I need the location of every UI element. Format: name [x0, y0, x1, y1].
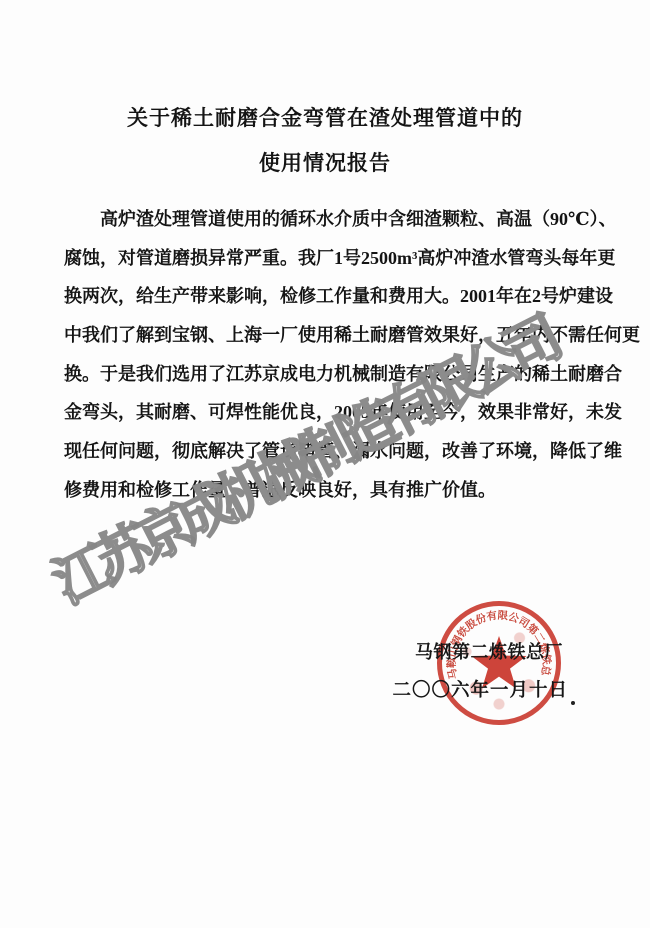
body-line: 修费用和检修工作量，普遍反映良好，具有推广价值。 [64, 471, 588, 510]
stray-ink-dot [571, 701, 575, 705]
title-line-2: 使用情况报告 [0, 141, 650, 186]
body-line: 换。于是我们选用了江苏京成电力机械制造有限公司生产的稀土耐磨合 [64, 355, 588, 394]
body-line: 现任何问题，彻底解决了管道堵管、漏水问题，改善了环境，降低了维 [64, 432, 588, 471]
report-title: 关于稀土耐磨合金弯管在渣处理管道中的 使用情况报告 [0, 96, 650, 186]
body-line: 换两次，给生产带来影响，检修工作量和费用大。2001年在2号炉建设 [64, 277, 588, 316]
scanned-report-page: 关于稀土耐磨合金弯管在渣处理管道中的 使用情况报告 高炉渣处理管道使用的循环水介… [0, 0, 650, 928]
title-line-1: 关于稀土耐磨合金弯管在渣处理管道中的 [0, 96, 650, 141]
body-line: 腐蚀，对管道磨损异常严重。我厂1号2500m³高炉冲渣水管弯头每年更 [64, 239, 588, 278]
body-line: 金弯头，其耐磨、可焊性能优良，2003年使用至今，效果非常好，未发 [64, 393, 588, 432]
body-line: 高炉渣处理管道使用的循环水介质中含细渣颗粒、高温（90℃）、 [64, 200, 588, 239]
body-line: 中我们了解到宝钢、上海一厂使用稀土耐磨管效果好，五年内不需任何更 [64, 316, 588, 355]
report-body: 高炉渣处理管道使用的循环水介质中含细渣颗粒、高温（90℃）、 腐蚀，对管道磨损异… [64, 200, 588, 510]
signature-organization: 马钢第二炼铁总厂 [415, 638, 563, 664]
signature-date: 二〇〇六年一月十日 [392, 676, 568, 702]
